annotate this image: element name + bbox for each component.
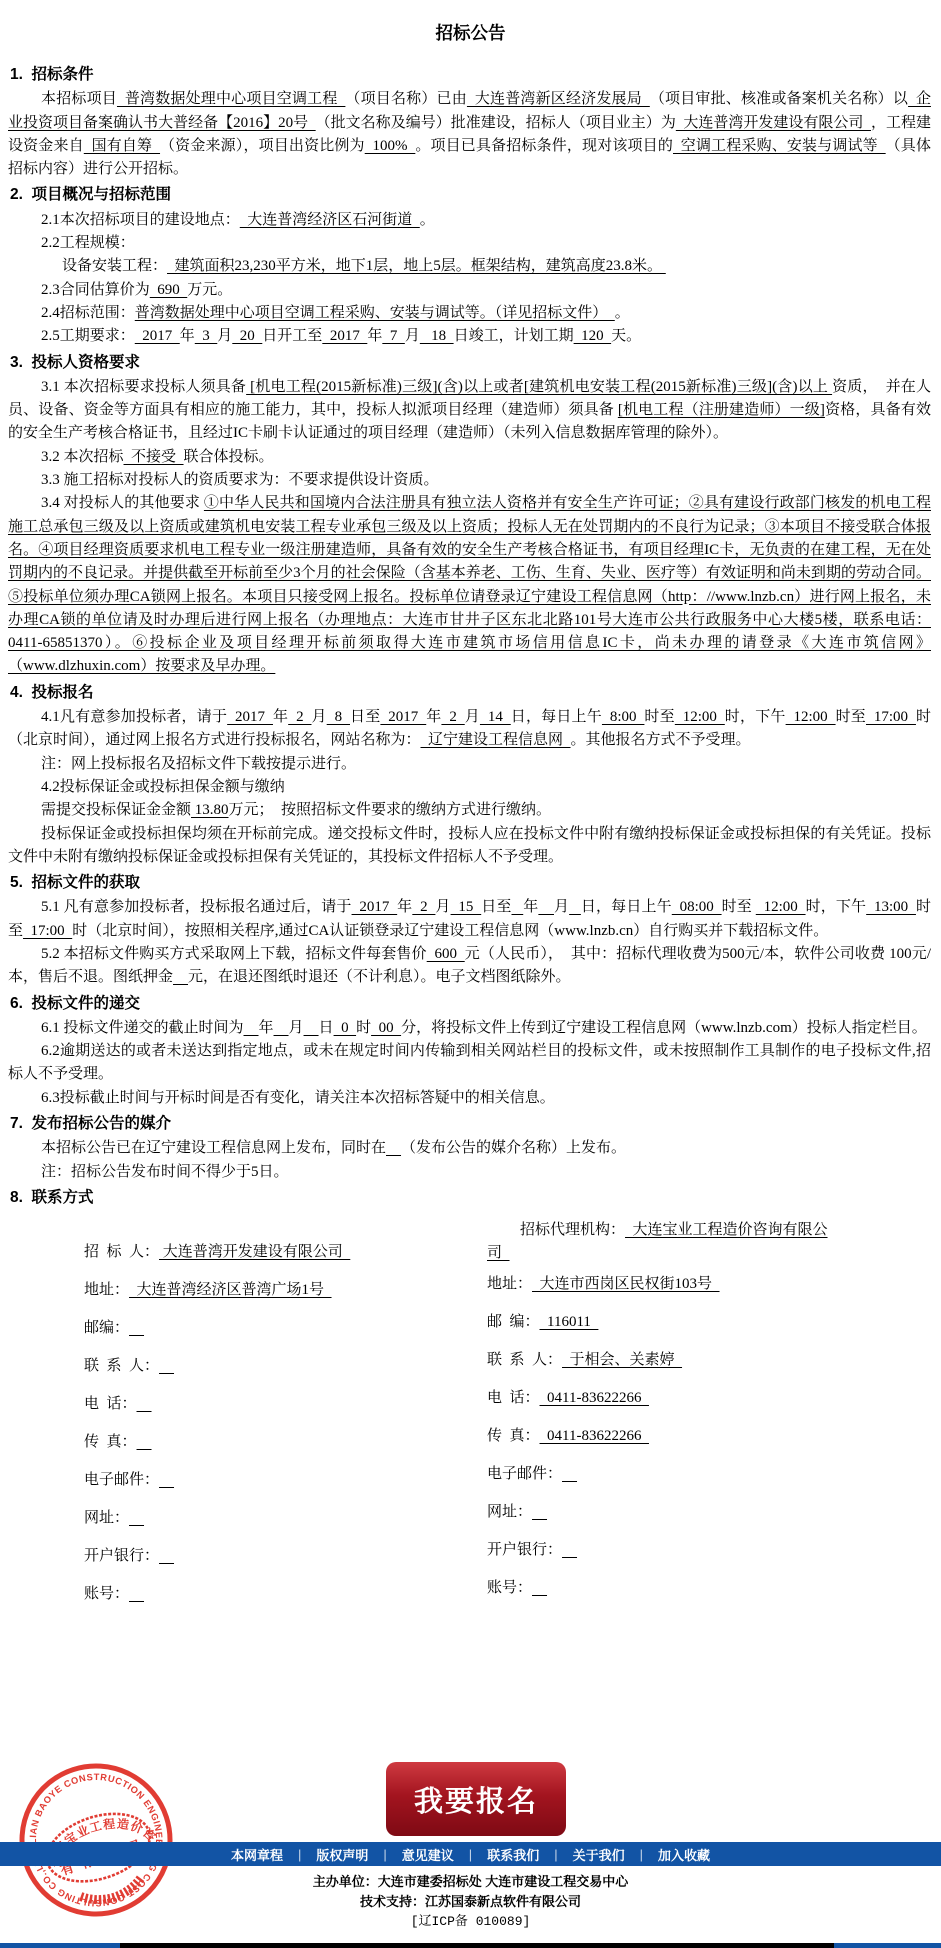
text-run: （资金来源），项目出资比例为 xyxy=(160,138,365,154)
filled-blank-value xyxy=(538,899,554,915)
text-run: 6.1 投标文件递交的截止时间为 xyxy=(41,1020,244,1036)
bottom-strip-black xyxy=(120,1943,834,1948)
filled-blank-value xyxy=(274,1020,289,1036)
contact-row: 联 系 人： xyxy=(84,1355,414,1378)
text-run: 3.2 本次招标 xyxy=(41,449,124,465)
text-run: 时 xyxy=(356,1020,371,1036)
nav-separator: | xyxy=(289,1847,310,1862)
contact-label: 招标代理机构： xyxy=(520,1222,625,1238)
contact-label: 联 系 人： xyxy=(487,1352,562,1368)
filled-blank-value xyxy=(244,1020,259,1036)
text-run: 5.1 凡有意参加投标者，投标报名通过后，请于 xyxy=(41,899,352,915)
contact-row: 开户银行： xyxy=(84,1545,414,1568)
filled-blank-value xyxy=(569,899,581,915)
signup-button[interactable]: 我要报名 xyxy=(386,1762,566,1836)
text-run: 。其他报名方式不予受理。 xyxy=(571,732,751,748)
section-heading: 4. 投标报名 xyxy=(10,681,931,704)
nav-link[interactable]: 意见建议 xyxy=(396,1845,460,1864)
text-run: 日竣工，计划工期 xyxy=(454,328,574,344)
contact-column-bidder: 招 标 人： 大连普湾开发建设有限公司 地址： 大连普湾经济区普湾广场1号 邮编… xyxy=(84,1219,414,1621)
text-run: 时（北京时间），按照相关程序,通过CA认证锁登录辽宁建设工程信息网（www.ln… xyxy=(72,923,828,939)
contact-row: 电子邮件： xyxy=(84,1469,414,1492)
section-heading: 8. 联系方式 xyxy=(10,1186,931,1209)
filled-blank-value: 600 xyxy=(427,946,465,962)
text-run: 2.3合同估算价为 xyxy=(41,282,150,298)
text-run: 年 xyxy=(180,328,195,344)
filled-blank-value: 大连普湾开发建设有限公司 xyxy=(676,115,871,131)
filled-blank-value: 12:00 xyxy=(756,899,806,915)
filled-blank-value: 20 xyxy=(232,328,262,344)
contact-row: 地址： 大连市西岗区民权街103号 xyxy=(487,1273,927,1296)
filled-blank-value: 17:00 xyxy=(23,923,72,939)
text-run: 日，每日上午 xyxy=(511,709,602,725)
contact-value xyxy=(562,1466,577,1482)
nav-separator: | xyxy=(631,1847,652,1862)
nav-link[interactable]: 本网章程 xyxy=(225,1845,289,1864)
text-run: 年 xyxy=(523,899,538,915)
text-run: 3.3 施工招标对投标人的资质要求为：不要求提供设计资质。 xyxy=(41,472,439,488)
text-run: 。 xyxy=(615,305,630,321)
footer-host-line: 主办单位：大连市建委招标处 大连市建设工程交易中心 xyxy=(0,1871,941,1890)
filled-blank-value: 大连普湾新区经济发展局 xyxy=(467,91,650,107)
contact-label: 邮 编： xyxy=(487,1314,540,1330)
filled-blank-value: 00 xyxy=(371,1020,401,1036)
contact-row: 地址： 大连普湾经济区普湾广场1号 xyxy=(84,1279,414,1302)
text-run: 时至 xyxy=(644,709,674,725)
paragraph: 3.2 本次招标 不接受 联合体投标。 xyxy=(8,446,931,469)
footer-icp-line: [辽ICP备 010089] xyxy=(0,1910,941,1929)
paragraph: 2.4招标范围：普湾数据处理中心项目空调工程采购、安装与调试等。（详见招标文件）… xyxy=(8,302,931,325)
contact-value: 大连市西岗区民权街103号 xyxy=(532,1276,720,1292)
contact-label: 电子邮件： xyxy=(487,1466,562,1482)
contact-label: 账号： xyxy=(84,1586,129,1602)
text-run: 年 xyxy=(259,1020,274,1036)
section-heading: 3. 投标人资格要求 xyxy=(10,351,931,374)
text-run: （项目审批、核准或备案机关名称）以 xyxy=(650,91,908,107)
nav-link[interactable]: 加入收藏 xyxy=(652,1845,716,1864)
filled-blank-value: 15 xyxy=(451,899,482,915)
paragraph: 6.2逾期送达的或者未送达到指定地点，或未在规定时间内传输到相关网站栏目的投标文… xyxy=(8,1040,931,1087)
text-run: 月 xyxy=(465,709,480,725)
section-heading: 6. 投标文件的递交 xyxy=(10,992,931,1015)
contact-value xyxy=(159,1548,174,1564)
filled-blank-value xyxy=(304,1020,319,1036)
text-run: 年 xyxy=(367,328,382,344)
text-run: 注：招标公告发布时间不得少于5日。 xyxy=(41,1164,289,1180)
filled-blank-value: 空调工程采购、安装与调试等 xyxy=(673,138,886,154)
paragraph: 5.1 凡有意参加投标者，投标报名通过后，请于 2017 年 2 月 15 日至… xyxy=(8,896,931,943)
bottom-strip-blue-right xyxy=(834,1943,941,1948)
contact-value: 于相会、关素婷 xyxy=(562,1352,682,1368)
filled-blank-value: 普湾数据处理中心项目空调工程 xyxy=(117,91,345,107)
contact-section: 招 标 人： 大连普湾开发建设有限公司 地址： 大连普湾经济区普湾广场1号 邮编… xyxy=(0,1219,941,1621)
filled-blank-value: 2017 xyxy=(380,709,426,725)
paragraph: 2.3合同估算价为 690 万元。 xyxy=(8,279,931,302)
text-run: 4.1凡有意参加投标者，请于 xyxy=(41,709,227,725)
text-run: 日至 xyxy=(350,709,380,725)
filled-blank-value: 辽宁建设工程信息网 xyxy=(421,732,571,748)
text-run: 天。 xyxy=(611,328,641,344)
contact-value xyxy=(129,1586,144,1602)
text-run: 。项目已具备招标条件，现对该项目的 xyxy=(415,138,673,154)
text-run: 设备安装工程： xyxy=(62,258,167,274)
text-run: （发布公告的媒介名称）上发布。 xyxy=(401,1140,626,1156)
text-run: 2.5工期要求： xyxy=(41,328,135,344)
filled-blank-value xyxy=(386,1140,401,1156)
filled-blank-value: 17:00 xyxy=(866,709,916,725)
filled-blank-value: 13:00 xyxy=(866,899,916,915)
text-run: 时至 xyxy=(722,899,756,915)
bottom-strip-blue-left xyxy=(0,1943,120,1948)
text-run: 月 xyxy=(435,899,450,915)
contact-label: 联 系 人： xyxy=(84,1358,159,1374)
text-run: 万元； 按照招标文件要求的缴纳方式进行缴纳。 xyxy=(229,802,552,818)
nav-separator: | xyxy=(545,1847,566,1862)
contact-row: 邮编： xyxy=(84,1317,414,1340)
text-run: 5.2 本招标文件购买方式采取网上下载，招标文件每套售价 xyxy=(41,946,427,962)
contact-label: 电子邮件： xyxy=(84,1472,159,1488)
contact-row: 招标代理机构： 大连宝业工程造价咨询有限公司 xyxy=(487,1219,842,1265)
filled-blank-value xyxy=(512,899,524,915)
filled-blank-value: 国有自筹 xyxy=(84,138,160,154)
filled-blank-value: 690 xyxy=(150,282,188,298)
text-run: （批文名称及编号）批准建设，招标人（项目业主）为 xyxy=(316,115,676,131)
section-heading: 5. 招标文件的获取 xyxy=(10,871,931,894)
section-heading: 2. 项目概况与招标范围 xyxy=(10,183,931,206)
text-run: 年 xyxy=(273,709,288,725)
filled-blank-value: 7 xyxy=(382,328,405,344)
paragraph: 需提交投标保证金金额 13.80万元； 按照招标文件要求的缴纳方式进行缴纳。 xyxy=(8,799,931,822)
contact-value: 116011 xyxy=(540,1314,599,1330)
contact-row: 邮 编： 116011 xyxy=(487,1311,927,1334)
paragraph: 3.4 对投标人的其他要求 ①中华人民共和国境内合法注册具有独立法人资格并有安全… xyxy=(8,492,931,678)
contact-row: 电子邮件： xyxy=(487,1463,927,1486)
filled-blank-value: 建筑面积23,230平方米，地下1层，地上5层。框架结构，建筑高度23.8米。 xyxy=(167,258,666,274)
contact-row: 传 真： 0411-83622266 xyxy=(487,1425,927,1448)
text-run: 。 xyxy=(420,212,435,228)
text-run: 时，下午 xyxy=(806,899,867,915)
document-body: 1. 招标条件本招标项目 普湾数据处理中心项目空调工程 （项目名称）已由 大连普… xyxy=(0,45,941,1209)
text-run: 2.2工程规模： xyxy=(41,235,135,251)
text-run: 日开工至 xyxy=(262,328,322,344)
section-heading: 1. 招标条件 xyxy=(10,63,931,86)
text-run: 元，在退还图纸时退还（不计利息）。电子文档图纸除外。 xyxy=(188,969,571,985)
contact-value: 大连普湾经济区普湾广场1号 xyxy=(129,1282,332,1298)
nav-link[interactable]: 联系我们 xyxy=(481,1845,545,1864)
paragraph: 投标保证金或投标担保均须在开标前完成。递交投标文件时，投标人应在投标文件中附有缴… xyxy=(8,823,931,870)
paragraph: 4.1凡有意参加投标者，请于 2017 年 2 月 8 日至 2017 年 2 … xyxy=(8,706,931,753)
text-run: 月 xyxy=(289,1020,304,1036)
contact-value: 0411-83622266 xyxy=(540,1390,649,1406)
text-run: 月 xyxy=(554,899,569,915)
contact-label: 网址： xyxy=(487,1504,532,1520)
text-run: 时至 xyxy=(836,709,866,725)
contact-row: 账号： xyxy=(84,1583,414,1606)
paragraph: 4.2投标保证金或投标担保金额与缴纳 xyxy=(8,776,931,799)
text-run: 日至 xyxy=(481,899,511,915)
contact-label: 地址： xyxy=(487,1276,532,1292)
text-run: 3.4 对投标人的其他要求 xyxy=(41,495,204,511)
filled-blank-value: 2017 xyxy=(227,709,273,725)
text-run: 日 xyxy=(319,1020,334,1036)
text-run: 3.1 本次招标要求投标人须具备 xyxy=(41,379,246,395)
paragraph: 2.1本次招标项目的建设地点： 大连普湾经济区石河街道 。 xyxy=(8,209,931,232)
filled-blank-value: 12:00 xyxy=(675,709,725,725)
contact-label: 邮编： xyxy=(84,1320,129,1336)
text-run: 时，下午 xyxy=(725,709,786,725)
contact-value xyxy=(137,1396,152,1412)
paragraph: 3.3 施工招标对投标人的资质要求为：不要求提供设计资质。 xyxy=(8,469,931,492)
page-title: 招标公告 xyxy=(0,0,941,45)
nav-separator: | xyxy=(460,1847,481,1862)
text-run: 年 xyxy=(426,709,441,725)
filled-blank-value: 2 xyxy=(441,709,464,725)
contact-label: 招 标 人： xyxy=(84,1244,159,1260)
filled-blank-value: [机电工程（注册建造师）一级] xyxy=(618,402,825,418)
paragraph: 本招标项目 普湾数据处理中心项目空调工程 （项目名称）已由 大连普湾新区经济发展… xyxy=(8,88,931,181)
filled-blank-value: 18 xyxy=(420,328,454,344)
paragraph: 6.1 投标文件递交的截止时间为 年 月 日 0 时 00 分，将投标文件上传到… xyxy=(8,1017,931,1040)
filled-blank-value: 08:00 xyxy=(672,899,722,915)
contact-row: 招 标 人： 大连普湾开发建设有限公司 xyxy=(84,1241,414,1264)
filled-blank-value: 0 xyxy=(334,1020,357,1036)
contact-value xyxy=(137,1434,152,1450)
filled-blank-value: 100% xyxy=(365,138,416,154)
filled-blank-value: 13.80 xyxy=(191,802,229,818)
footer-tech-line: 技术支持：江苏国泰新点软件有限公司 xyxy=(0,1891,941,1910)
filled-blank-value: 2 xyxy=(288,709,311,725)
filled-blank-value: 2017 xyxy=(352,899,398,915)
paragraph: 2.5工期要求： 2017 年 3 月 20 日开工至 2017 年 7 月 1… xyxy=(8,325,931,348)
contact-row: 电 话： 0411-83622266 xyxy=(487,1387,927,1410)
text-run: 6.3投标截止时间与开标时间是否有变化，请关注本次招标答疑中的相关信息。 xyxy=(41,1090,555,1106)
filled-blank-value: 14 xyxy=(480,709,511,725)
text-run: 注：网上投标报名及招标文件下载按提示进行。 xyxy=(41,756,356,772)
contact-label: 电 话： xyxy=(487,1390,540,1406)
contact-value xyxy=(159,1472,174,1488)
filled-blank-value: 2 xyxy=(412,899,435,915)
paragraph: 注：网上投标报名及招标文件下载按提示进行。 xyxy=(8,753,931,776)
section-heading: 7. 发布招标公告的媒介 xyxy=(10,1112,931,1135)
text-run: 2.4招标范围： xyxy=(41,305,135,321)
filled-blank-value: 大连普湾经济区石河街道 xyxy=(240,212,420,228)
paragraph: 2.2工程规模： xyxy=(8,232,931,255)
contact-value xyxy=(129,1510,144,1526)
paragraph: 6.3投标截止时间与开标时间是否有变化，请关注本次招标答疑中的相关信息。 xyxy=(8,1087,931,1110)
contact-value xyxy=(159,1358,174,1374)
nav-link[interactable]: 版权声明 xyxy=(310,1845,374,1864)
contact-row: 传 真： xyxy=(84,1431,414,1454)
text-run: 万元。 xyxy=(187,282,232,298)
paragraph: 注：招标公告发布时间不得少于5日。 xyxy=(8,1161,931,1184)
contact-row: 开户银行： xyxy=(487,1539,927,1562)
contact-label: 网址： xyxy=(84,1510,129,1526)
filled-blank-value: 不接受 xyxy=(124,449,184,465)
contact-label: 电 话： xyxy=(84,1396,137,1412)
contact-row: 网址： xyxy=(84,1507,414,1530)
text-run: 联合体投标。 xyxy=(184,449,274,465)
text-run: 2.1本次招标项目的建设地点： xyxy=(41,212,240,228)
text-run: 月 xyxy=(311,709,326,725)
filled-blank-value: 8:00 xyxy=(602,709,644,725)
text-run: 6.2逾期送达的或者未送达到指定地点，或未在规定时间内传输到相关网站栏目的投标文… xyxy=(8,1043,931,1082)
contact-value xyxy=(129,1320,144,1336)
paragraph: 本招标公告已在辽宁建设工程信息网上发布，同时在 （发布公告的媒介名称）上发布。 xyxy=(8,1137,931,1160)
contact-label: 传 真： xyxy=(84,1434,137,1450)
filled-blank-value: [机电工程(2015新标准)三级](含)以上或者[建筑机电安装工程(2015新标… xyxy=(246,379,832,395)
filled-blank-value: ①中华人民共和国境内合法注册具有独立法人资格并有安全生产许可证；②具有建设行政部… xyxy=(8,495,931,674)
filled-blank-value: 2017 xyxy=(322,328,367,344)
contact-label: 开户银行： xyxy=(84,1548,159,1564)
text-run: 月 xyxy=(405,328,420,344)
filled-blank-value: 普湾数据处理中心项目空调工程采购、安装与调试等。（详见招标文件） xyxy=(135,305,615,321)
text-run: 需提交投标保证金金额 xyxy=(41,802,191,818)
contact-row: 联 系 人： 于相会、关素婷 xyxy=(487,1349,927,1372)
contact-label: 传 真： xyxy=(487,1428,540,1444)
bottom-strip xyxy=(0,1943,941,1948)
announcement-page: 招标公告 1. 招标条件本招标项目 普湾数据处理中心项目空调工程 （项目名称）已… xyxy=(0,0,941,1948)
contact-row: 电 话： xyxy=(84,1393,414,1416)
filled-blank-value xyxy=(173,969,188,985)
text-run: （项目名称）已由 xyxy=(345,91,467,107)
text-run: 本招标公告已在辽宁建设工程信息网上发布，同时在 xyxy=(41,1140,386,1156)
contact-value: 0411-83622266 xyxy=(540,1428,649,1444)
contact-value xyxy=(532,1580,547,1596)
contact-label: 开户银行： xyxy=(487,1542,562,1558)
contact-value: 大连普湾开发建设有限公司 xyxy=(159,1244,350,1260)
paragraph: 设备安装工程： 建筑面积23,230平方米，地下1层，地上5层。框架结构，建筑高… xyxy=(8,255,931,278)
text-run: 投标保证金或投标担保均须在开标前完成。递交投标文件时，投标人应在投标文件中附有缴… xyxy=(8,826,931,865)
contact-label: 账号： xyxy=(487,1580,532,1596)
contact-row: 账号： xyxy=(487,1577,927,1600)
contact-value xyxy=(532,1504,547,1520)
filled-blank-value: 3 xyxy=(195,328,218,344)
contact-row: 网址： xyxy=(487,1501,927,1524)
contact-label: 地址： xyxy=(84,1282,129,1298)
nav-separator: | xyxy=(374,1847,395,1862)
contact-column-agency: 招标代理机构： 大连宝业工程造价咨询有限公司 地址： 大连市西岗区民权街103号… xyxy=(487,1219,927,1615)
filled-blank-value: 8 xyxy=(327,709,350,725)
nav-link[interactable]: 关于我们 xyxy=(567,1845,631,1864)
text-run: 年 xyxy=(397,899,412,915)
text-run: 4.2投标保证金或投标担保金额与缴纳 xyxy=(41,779,285,795)
paragraph: 5.2 本招标文件购买方式采取网上下载，招标文件每套售价 600 元（人民币），… xyxy=(8,943,931,990)
filled-blank-value: 120 xyxy=(574,328,612,344)
text-run: 分，将投标文件上传到辽宁建设工程信息网（www.lnzb.com）投标人指定栏目… xyxy=(401,1020,927,1036)
filled-blank-value: 2017 xyxy=(135,328,180,344)
filled-blank-value: 12:00 xyxy=(786,709,836,725)
footer-nav-bar: 本网章程|版权声明|意见建议|联系我们|关于我们|加入收藏 xyxy=(0,1842,941,1866)
text-run: 月 xyxy=(217,328,232,344)
text-run: 本招标项目 xyxy=(41,91,117,107)
contact-value xyxy=(562,1542,577,1558)
text-run: 日，每日上午 xyxy=(581,899,672,915)
paragraph: 3.1 本次招标要求投标人须具备 [机电工程(2015新标准)三级](含)以上或… xyxy=(8,376,931,446)
